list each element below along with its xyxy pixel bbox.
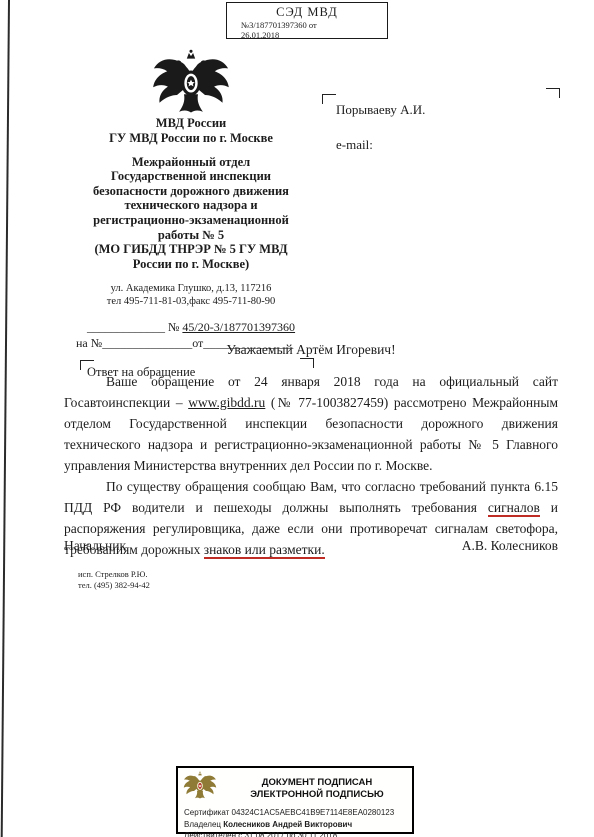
outgoing-label: № <box>168 320 179 334</box>
esign-title-line2: ЭЛЕКТРОННОЙ ПОДПИСЬЮ <box>222 789 412 801</box>
p2-text: По существу обращения сообщаю Вам, что с… <box>64 479 558 515</box>
esign-certificate-line: Сертификат 04324C1AC5AEBC41B9E7114E8EA02… <box>184 807 412 819</box>
org-name-2: ГУ МВД России по г. Москве <box>62 131 320 146</box>
scanned-letter-page: СЭД МВД №3/187701397360 от 26.01.2018 <box>0 0 594 837</box>
letterhead: МВД России ГУ МВД России по г. Москве Ме… <box>62 46 320 386</box>
cert-label: Сертификат <box>184 808 229 817</box>
org-name-1: МВД России <box>62 116 320 131</box>
outgoing-number-line: _____________ № 45/20-3/187701397360 <box>62 320 320 335</box>
esign-header: ДОКУМЕНТ ПОДПИСАН ЭЛЕКТРОННОЙ ПОДПИСЬЮ <box>178 768 412 805</box>
esign-validity-line: Действителен с 31.08.2017 по 30.11.2018 <box>184 830 412 837</box>
dept-line: безопасности дорожного движения <box>62 184 320 199</box>
dept-line: технического надзора и <box>62 198 320 213</box>
esign-emblem-wrap <box>178 768 222 805</box>
dept-line: (МО ГИБДД ТНРЭР № 5 ГУ МВД <box>62 242 320 257</box>
esign-title-line1: ДОКУМЕНТ ПОДПИСАН <box>222 777 412 789</box>
mvd-eagle-emblem-icon <box>149 46 233 116</box>
executor-block: исп. Стрелков Р.Ю. тел. (495) 382-94-42 <box>78 569 150 592</box>
dept-line: регистрационно-экзаменационной <box>62 213 320 228</box>
recipient-email-label: e-mail: <box>336 137 560 153</box>
dept-line: работы № 5 <box>62 228 320 243</box>
signer-name: А.В. Колесников <box>462 538 558 554</box>
executor-name: исп. Стрелков Р.Ю. <box>78 569 150 580</box>
department-block: Межрайонный отдел Государственной инспек… <box>62 155 320 272</box>
electronic-signature-stamp: ДОКУМЕНТ ПОДПИСАН ЭЛЕКТРОННОЙ ПОДПИСЬЮ С… <box>176 766 414 834</box>
recipient-block: Порываеву А.И. e-mail: <box>322 86 560 153</box>
esign-owner-line: Владелец Колесников Андрей Викторович <box>184 819 412 831</box>
salutation: Уважаемый Артём Игоревич! <box>64 342 558 358</box>
corner-bracket-right-icon <box>546 88 560 98</box>
mvd-eagle-small-emblem-icon <box>182 770 218 800</box>
signer-position: Начальник <box>64 538 126 554</box>
outgoing-blank: _____________ <box>87 320 165 334</box>
executor-phone: тел. (495) 382-94-42 <box>78 580 150 591</box>
esign-title: ДОКУМЕНТ ПОДПИСАН ЭЛЕКТРОННОЙ ПОДПИСЬЮ <box>222 772 412 802</box>
scan-edge-artifact <box>1 0 10 837</box>
sed-registration-stamp: СЭД МВД №3/187701397360 от 26.01.2018 <box>226 2 388 39</box>
signature-row: Начальник А.В. Колесников <box>64 538 558 554</box>
sed-title: СЭД МВД <box>227 5 387 20</box>
owner-value: Колесников Андрей Викторович <box>223 820 352 829</box>
corner-bracket-left-icon <box>322 94 336 104</box>
gibdd-url: www.gibdd.ru <box>188 395 265 410</box>
phone-line: тел 495-711-81-03,факс 495-711-80-90 <box>62 295 320 309</box>
dept-line: Государственной инспекции <box>62 169 320 184</box>
cert-value: 04324C1AC5AEBC41B9E7114E8EA0280123 <box>232 808 395 817</box>
sed-date: 26.01.2018 <box>241 31 387 40</box>
address-line: ул. Академика Глушко, д.13, 117216 <box>62 282 320 296</box>
recipient-name: Порываеву А.И. <box>336 102 560 118</box>
dept-line: Межрайонный отдел <box>62 155 320 170</box>
esign-details: Сертификат 04324C1AC5AEBC41B9E7114E8EA02… <box>178 805 412 837</box>
address-block: ул. Академика Глушко, д.13, 117216 тел 4… <box>62 282 320 309</box>
dept-line: России по г. Москве) <box>62 257 320 272</box>
outgoing-number: 45/20-3/187701397360 <box>182 320 295 334</box>
red-underlined-text: сигналов <box>488 500 540 517</box>
paragraph-1: Ваше обращение от 24 января 2018 года на… <box>64 371 558 476</box>
owner-label: Владелец <box>184 820 221 829</box>
letter-body: Уважаемый Артём Игоревич! Ваше обращение… <box>64 342 558 560</box>
